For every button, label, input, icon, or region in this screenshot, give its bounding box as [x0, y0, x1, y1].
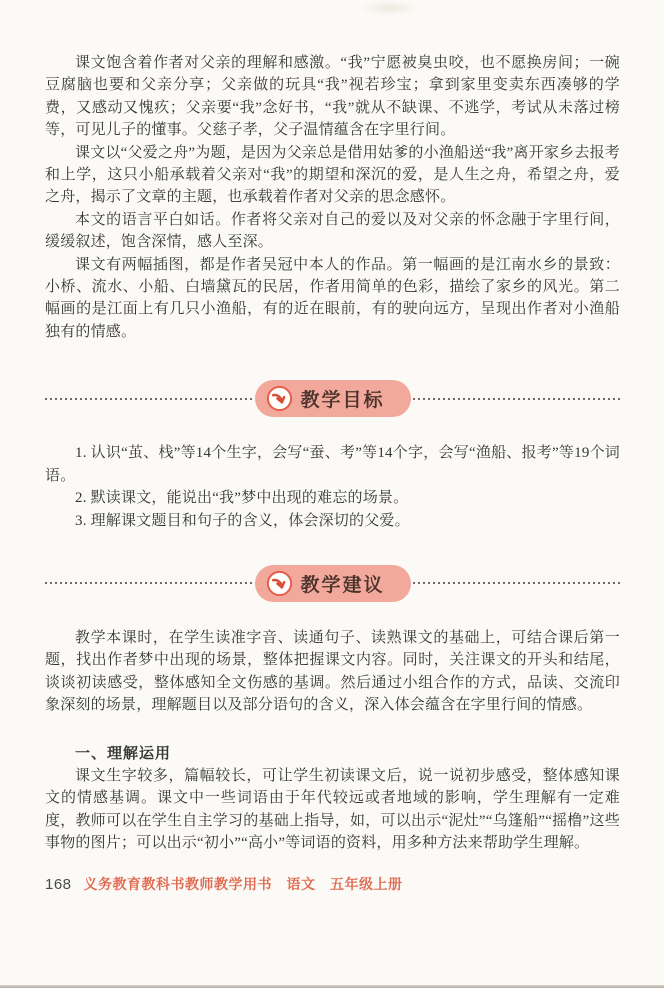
overview-paragraph-4: 课文有两幅插图，都是作者吴冠中本人的作品。第一幅画的是江南水乡的景致：小桥、流水…	[45, 254, 620, 344]
overview-paragraph-2: 课文以“父爱之舟”为题，是因为父亲总是借用姑爹的小渔船送“我”离开家乡去报考和上…	[45, 142, 620, 209]
dotted-rule-right	[413, 582, 621, 584]
curved-down-arrow-icon	[266, 570, 293, 597]
dotted-rule-right	[413, 398, 621, 400]
dotted-rule-left	[45, 582, 253, 584]
teaching-goals-banner: 教学目标	[45, 380, 620, 417]
goal-item-2: 2. 默读课文，能说出“我”梦中出现的难忘的场景。	[45, 487, 620, 509]
teaching-suggestions-pill: 教学建议	[255, 565, 411, 602]
suggestions-lead-paragraph: 教学本课时，在学生读准字音、读通句子、读熟课文的基础上，可结合课后第一题，找出作…	[45, 627, 620, 717]
book-caption: 义务教育教科书教师教学用书 语文 五年级上册	[84, 874, 403, 894]
teaching-suggestions-label: 教学建议	[301, 570, 385, 597]
page-footer: 168 义务教育教科书教师教学用书 语文 五年级上册	[45, 874, 620, 894]
dotted-rule-left	[45, 398, 253, 400]
book-page: 课文饱含着作者对父亲的理解和感激。“我”宁愿被臭虫咬，也不愿换房间；一碗豆腐脑也…	[0, 0, 664, 988]
scan-smudge	[360, 0, 420, 16]
curved-down-arrow-icon	[266, 385, 293, 412]
overview-paragraph-1: 课文饱含着作者对父亲的理解和感激。“我”宁愿被臭虫咬，也不愿换房间；一碗豆腐脑也…	[45, 52, 620, 142]
subsection-heading: 一、理解运用	[45, 743, 620, 765]
teaching-suggestions-banner: 教学建议	[45, 565, 620, 602]
overview-paragraph-3: 本文的语言平白如话。作者将父亲对自己的爱以及对父亲的怀念融于字里行间，缓缓叙述，…	[45, 209, 620, 254]
teaching-goals-list: 1. 认识“茧、栈”等14个生字，会写“蚕、考”等14个字，会写“渔船、报考”等…	[45, 442, 620, 532]
goal-item-1: 1. 认识“茧、栈”等14个生字，会写“蚕、考”等14个字，会写“渔船、报考”等…	[45, 442, 620, 487]
teaching-goals-pill: 教学目标	[255, 380, 411, 417]
page-number: 168	[45, 876, 72, 893]
goal-item-3: 3. 理解课文题目和句子的含义，体会深切的父爱。	[45, 510, 620, 532]
teaching-goals-label: 教学目标	[301, 385, 385, 412]
subsection-paragraph: 课文生字较多，篇幅较长，可让学生初读课文后，说一说初步感受，整体感知课文的情感基…	[45, 765, 620, 855]
